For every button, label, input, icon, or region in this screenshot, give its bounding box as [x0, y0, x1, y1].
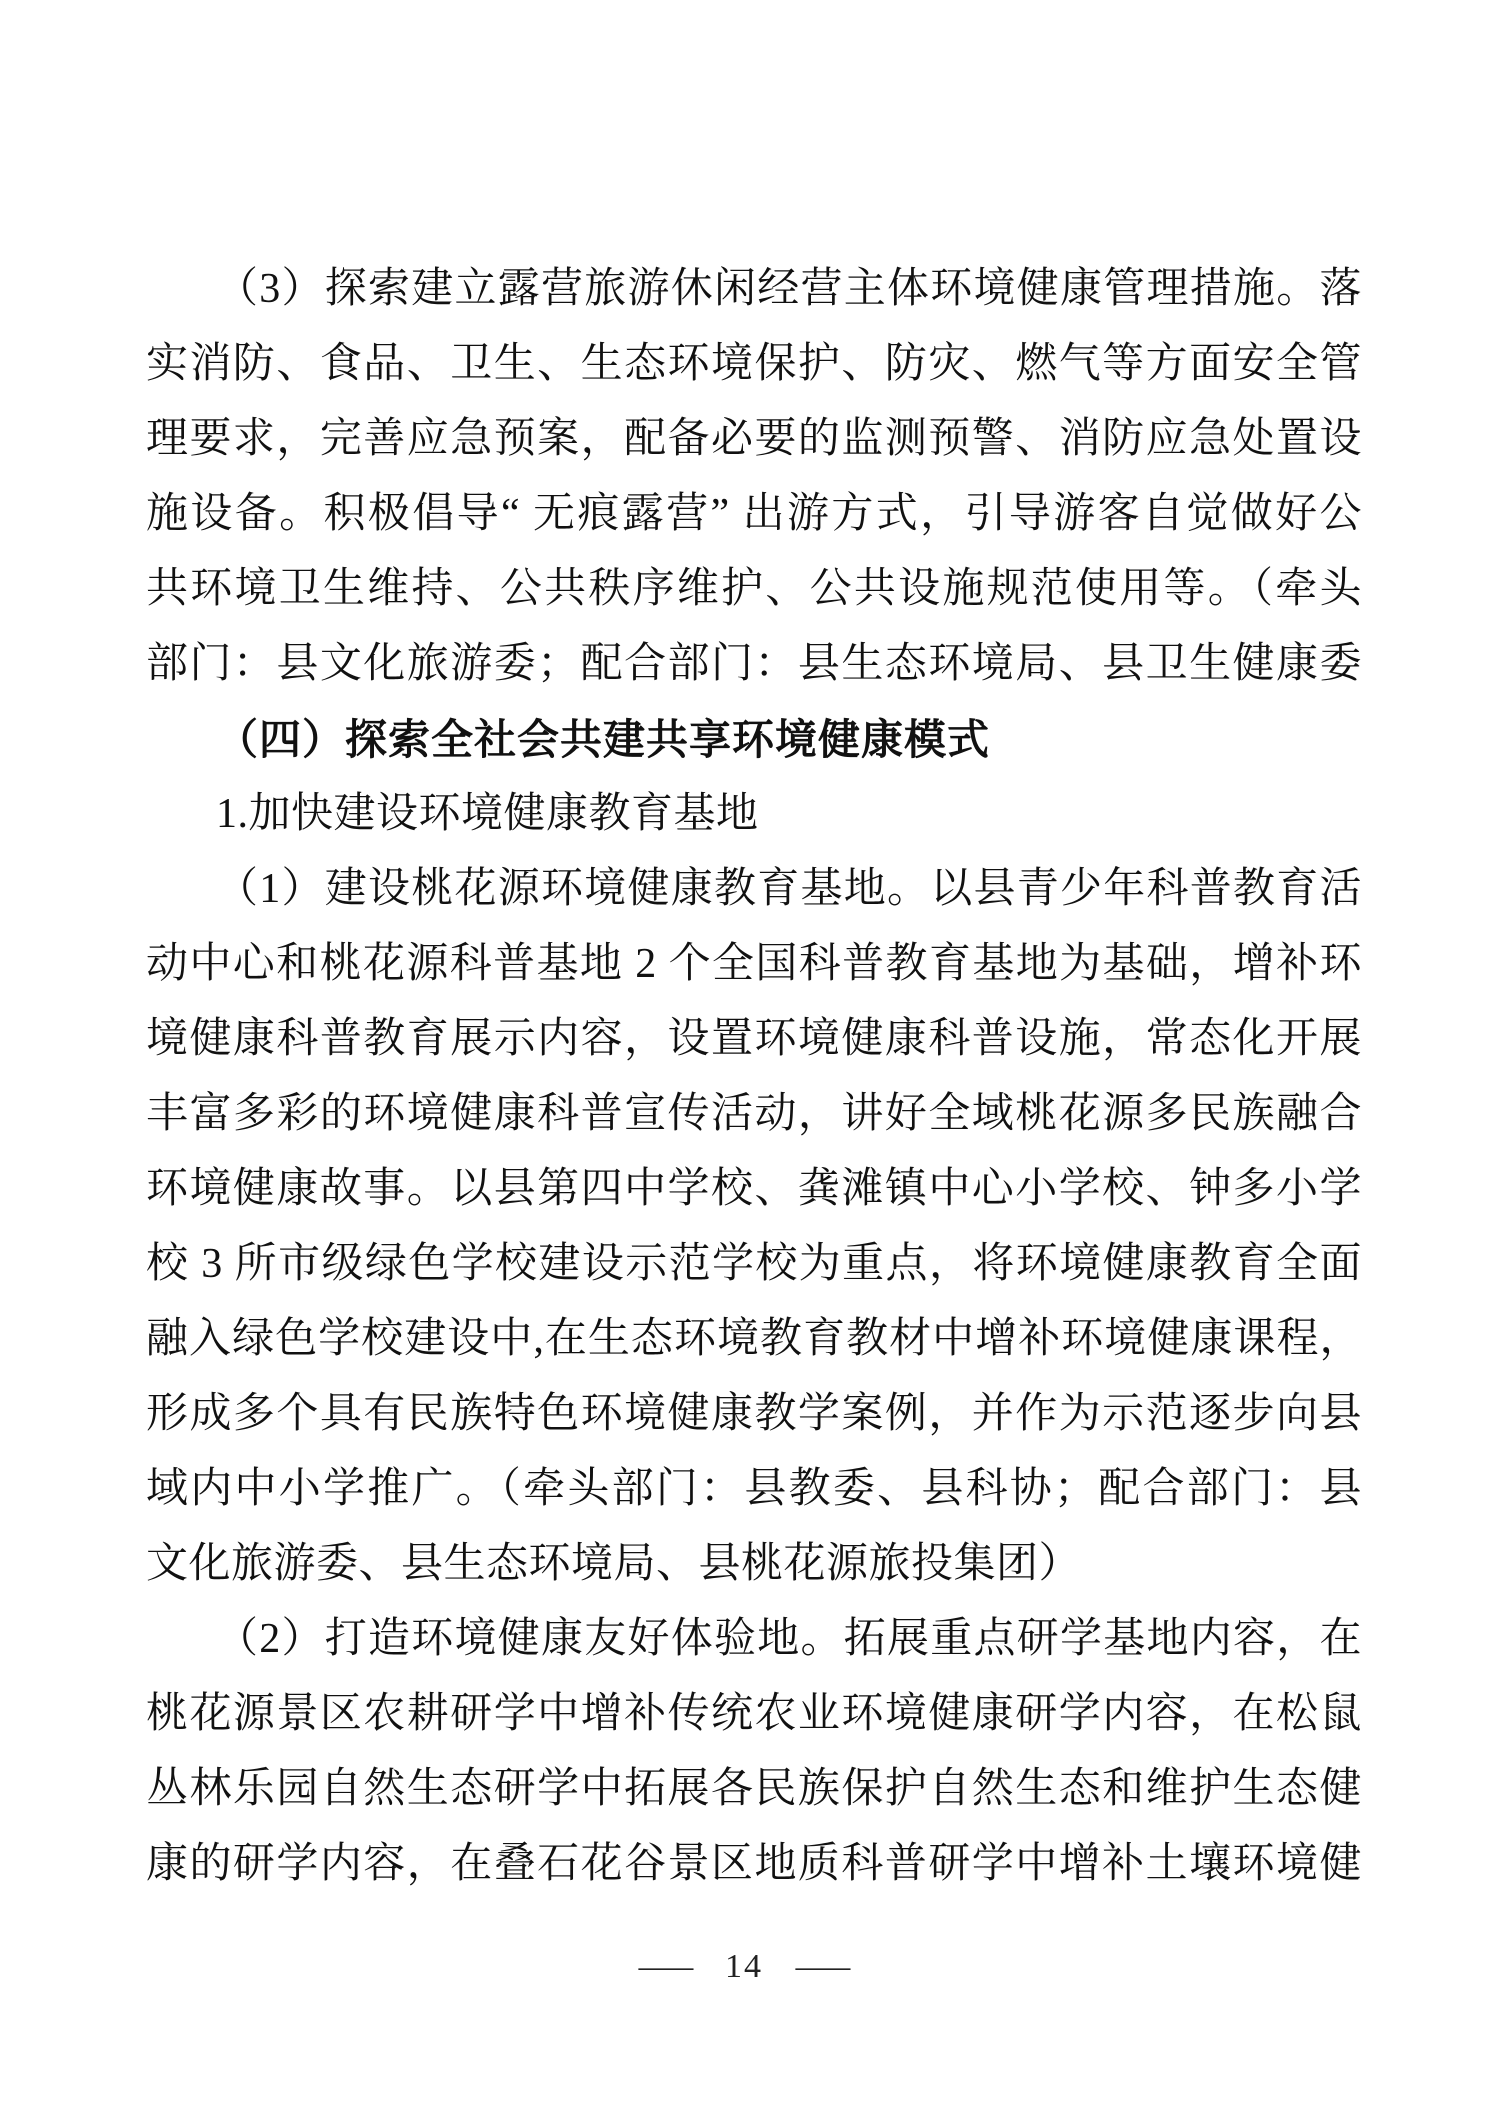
page-number: 14: [725, 1948, 763, 1986]
text-line: 施设备。积极倡导“ 无痕露营” 出游方式，引导游客自觉做好公: [146, 477, 1362, 552]
text-line: 共环境卫生维持、公共秩序维护、公共设施规范使用等。（牵头: [146, 552, 1362, 627]
text-line: 理要求，完善应急预案，配备必要的监测预警、消防应急处置设: [146, 402, 1362, 477]
text-line: 1.加快建设环境健康教育基地: [146, 777, 1362, 852]
page-footer: — 14 —: [0, 1948, 1488, 1986]
text-line: 校 3 所市级绿色学校建设示范学校为重点，将环境健康教育全面: [146, 1227, 1362, 1302]
text-line: 文化旅游委、县生态环境局、县桃花源旅投集团）: [146, 1527, 1362, 1602]
document-body: （3）探索建立露营旅游休闲经营主体环境健康管理措施。落实消防、食品、卫生、生态环…: [146, 252, 1362, 1902]
footer-left-dash: —: [638, 1948, 692, 1986]
text-line: 形成多个具有民族特色环境健康教学案例，并作为示范逐步向县: [146, 1377, 1362, 1452]
text-line: 境健康科普教育展示内容，设置环境健康科普设施，常态化开展: [146, 1002, 1362, 1077]
text-line: 康的研学内容，在叠石花谷景区地质科普研学中增补土壤环境健: [146, 1827, 1362, 1902]
text-line: （3）探索建立露营旅游休闲经营主体环境健康管理措施。落: [146, 252, 1362, 327]
footer-right-dash: —: [795, 1948, 849, 1986]
text-line: （1）建设桃花源环境健康教育基地。以县青少年科普教育活: [146, 852, 1362, 927]
text-line: 丰富多彩的环境健康科普宣传活动，讲好全域桃花源多民族融合: [146, 1077, 1362, 1152]
text-line: 实消防、食品、卫生、生态环境保护、防灾、燃气等方面安全管: [146, 327, 1362, 402]
text-line: 动中心和桃花源科普基地 2 个全国科普教育基地为基础，增补环: [146, 927, 1362, 1002]
document-page: （3）探索建立露营旅游休闲经营主体环境健康管理措施。落实消防、食品、卫生、生态环…: [0, 0, 1488, 2105]
text-line: 环境健康故事。以县第四中学校、龚滩镇中心小学校、钟多小学: [146, 1152, 1362, 1227]
text-line: 融入绿色学校建设中,在生态环境教育教材中增补环境健康课程，: [146, 1302, 1362, 1377]
text-line: 丛林乐园自然生态研学中拓展各民族保护自然生态和维护生态健: [146, 1752, 1362, 1827]
text-line: 域内中小学推广。（牵头部门：县教委、县科协；配合部门：县: [146, 1452, 1362, 1527]
section-heading: （四）探索全社会共建共享环境健康模式: [146, 702, 1362, 777]
text-line: 桃花源景区农耕研学中增补传统农业环境健康研学内容，在松鼠: [146, 1677, 1362, 1752]
text-line: （2）打造环境健康友好体验地。拓展重点研学基地内容，在: [146, 1602, 1362, 1677]
text-line: 部门：县文化旅游委；配合部门：县生态环境局、县卫生健康委: [146, 627, 1362, 702]
